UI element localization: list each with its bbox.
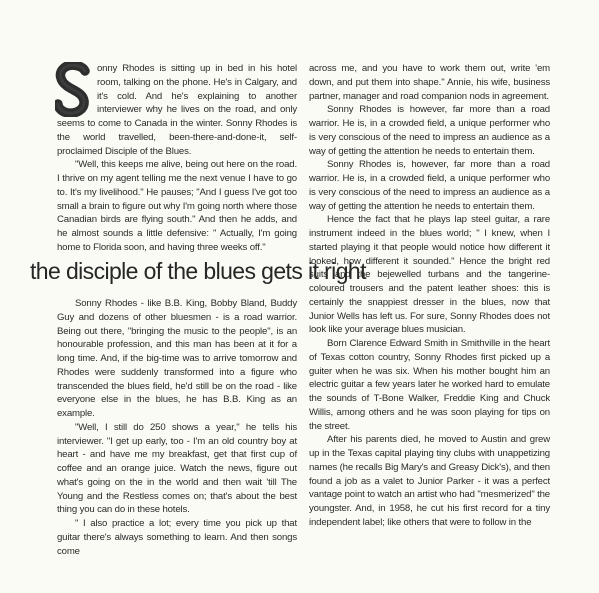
intro-paragraph-2: "Well, this keeps me alive, being out he…: [57, 158, 297, 254]
section-paragraph-1: Sonny Rhodes - like B.B. King, Bobby Bla…: [57, 297, 297, 421]
drop-cap-s: S: [55, 62, 91, 117]
brush-s-icon: [55, 62, 91, 117]
booklet-page: S onny Rhodes is sitting up in bed in hi…: [0, 0, 599, 593]
intro-paragraph-1-text: onny Rhodes is sitting up in bed in his …: [57, 63, 297, 157]
section-paragraph-3: " I also practice a lot; every time you …: [57, 517, 297, 558]
left-column-intro: S onny Rhodes is sitting up in bed in hi…: [57, 62, 297, 255]
right-paragraph-4: Hence the fact that he plays lap steel g…: [309, 213, 550, 337]
right-paragraph-2: Sonny Rhodes is however, far more than a…: [309, 103, 550, 158]
intro-paragraph-1: S onny Rhodes is sitting up in bed in hi…: [57, 62, 297, 158]
right-paragraph-1: across me, and you have to work them out…: [309, 62, 550, 103]
right-paragraph-5: Born Clarence Edward Smith in Smithville…: [309, 337, 550, 433]
right-paragraph-3: Sonny Rhodes is, however, far more than …: [309, 158, 550, 213]
right-column: across me, and you have to work them out…: [309, 62, 550, 530]
right-paragraph-6: After his parents died, he moved to Aust…: [309, 433, 550, 529]
section-paragraph-2: "Well, I still do 250 shows a year," he …: [57, 421, 297, 517]
left-column-section-body: Sonny Rhodes - like B.B. King, Bobby Bla…: [57, 297, 297, 558]
